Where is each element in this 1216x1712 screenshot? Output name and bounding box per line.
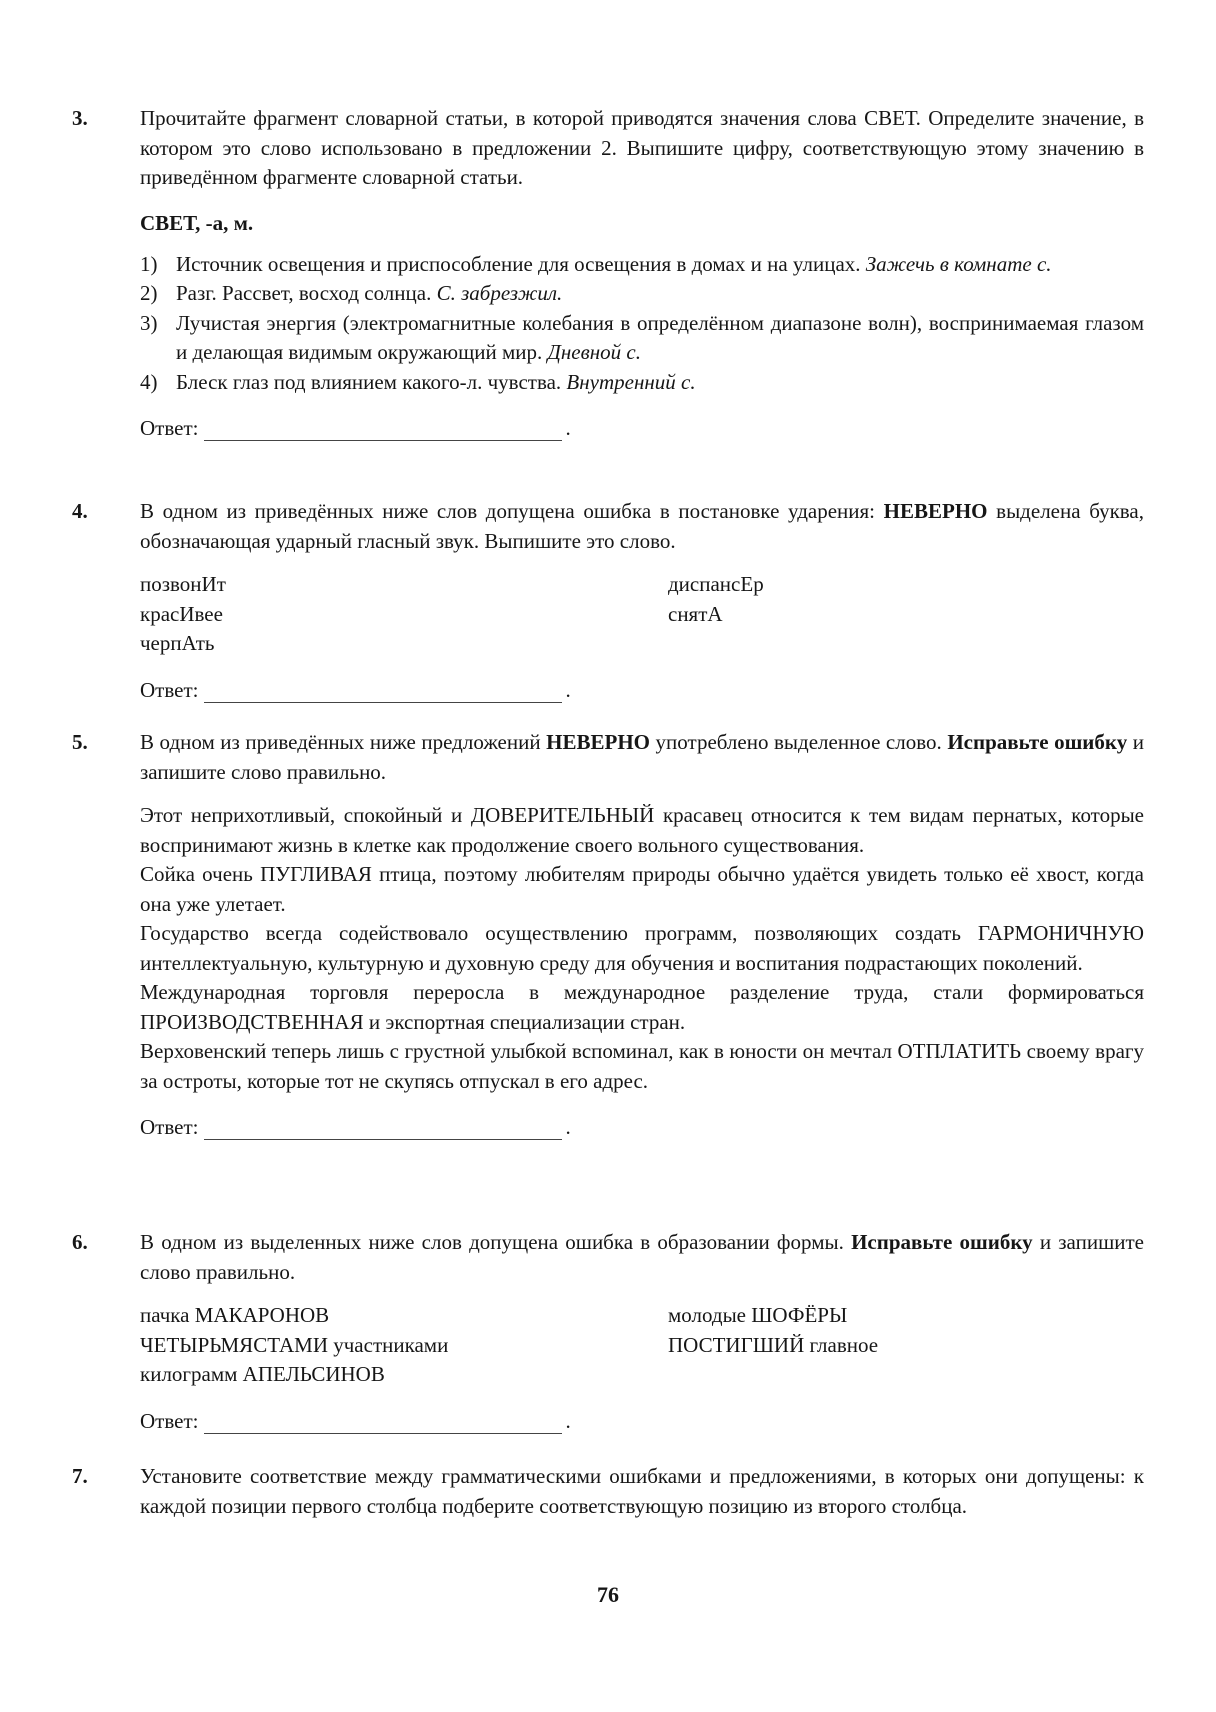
word-option: красИвее: [140, 600, 668, 630]
task-number: 6.: [72, 1228, 88, 1258]
definition-item: 3) Лучистая энергия (электромагнитные ко…: [140, 309, 1144, 368]
answer-line[interactable]: [204, 418, 562, 441]
answer-line[interactable]: [204, 680, 562, 703]
word-option: килограмм АПЕЛЬСИНОВ: [140, 1360, 668, 1390]
sentence-list: Этот неприхотливый, спокойный и ДОВЕРИТЕ…: [140, 801, 1144, 1096]
definition-item: 1) Источник освещения и приспособление д…: [140, 250, 1144, 280]
word-options: пачка МАКАРОНОВ ЧЕТЫРЬМЯСТАМИ участникам…: [140, 1301, 1144, 1390]
answer-label: Ответ:: [140, 678, 198, 703]
dictionary-entry-head: СВЕТ, -а, м.: [140, 211, 1144, 236]
answer-field[interactable]: Ответ: .: [140, 1404, 1144, 1434]
task-instruction: В одном из приведённых ниже предложений …: [140, 728, 1144, 787]
sentence: Верховенский теперь лишь с грустной улыб…: [140, 1037, 1144, 1096]
sentence: Государство всегда содействовало осущест…: [140, 919, 1144, 978]
task-instruction: В одном из выделенных ниже слов допущена…: [140, 1228, 1144, 1287]
sentence: Этот неприхотливый, спокойный и ДОВЕРИТЕ…: [140, 801, 1144, 860]
task-instruction: В одном из приведённых ниже слов допущен…: [140, 497, 1144, 556]
answer-label: Ответ:: [140, 416, 198, 441]
answer-field[interactable]: Ответ: .: [140, 1110, 1144, 1140]
answer-label: Ответ:: [140, 1409, 198, 1434]
word-option: снятА: [668, 600, 1144, 630]
definition-item: 2) Разг. Рассвет, восход солнца. С. забр…: [140, 279, 1144, 309]
task-number: 7.: [72, 1462, 88, 1492]
word-options: позвонИт красИвее черпАть диспансЕр снят…: [140, 570, 1144, 659]
word-option: позвонИт: [140, 570, 668, 600]
word-option: пачка МАКАРОНОВ: [140, 1301, 668, 1331]
word-option: ПОСТИГШИЙ главное: [668, 1331, 1144, 1361]
answer-field[interactable]: Ответ: .: [140, 673, 1144, 703]
task-instruction: Установите соответствие между грамматиче…: [140, 1462, 1144, 1521]
answer-line[interactable]: [204, 1117, 562, 1140]
sentence: Сойка очень ПУГЛИВАЯ птица, поэтому люби…: [140, 860, 1144, 919]
definition-list: 1) Источник освещения и приспособление д…: [140, 250, 1144, 398]
word-option: диспансЕр: [668, 570, 1144, 600]
word-option: молодые ШОФЁРЫ: [668, 1301, 1144, 1331]
answer-field[interactable]: Ответ: .: [140, 411, 1144, 441]
page-number: 76: [0, 1582, 1216, 1608]
answer-label: Ответ:: [140, 1115, 198, 1140]
task-number: 5.: [72, 728, 88, 758]
word-option: ЧЕТЫРЬМЯСТАМИ участниками: [140, 1331, 668, 1361]
word-option: черпАть: [140, 629, 668, 659]
task-number: 4.: [72, 497, 88, 527]
definition-item: 4) Блеск глаз под влиянием какого-л. чув…: [140, 368, 1144, 398]
sentence: Международная торговля переросла в между…: [140, 978, 1144, 1037]
task-instruction: Прочитайте фрагмент словарной статьи, в …: [140, 104, 1144, 193]
task-number: 3.: [72, 104, 88, 134]
answer-line[interactable]: [204, 1411, 562, 1434]
